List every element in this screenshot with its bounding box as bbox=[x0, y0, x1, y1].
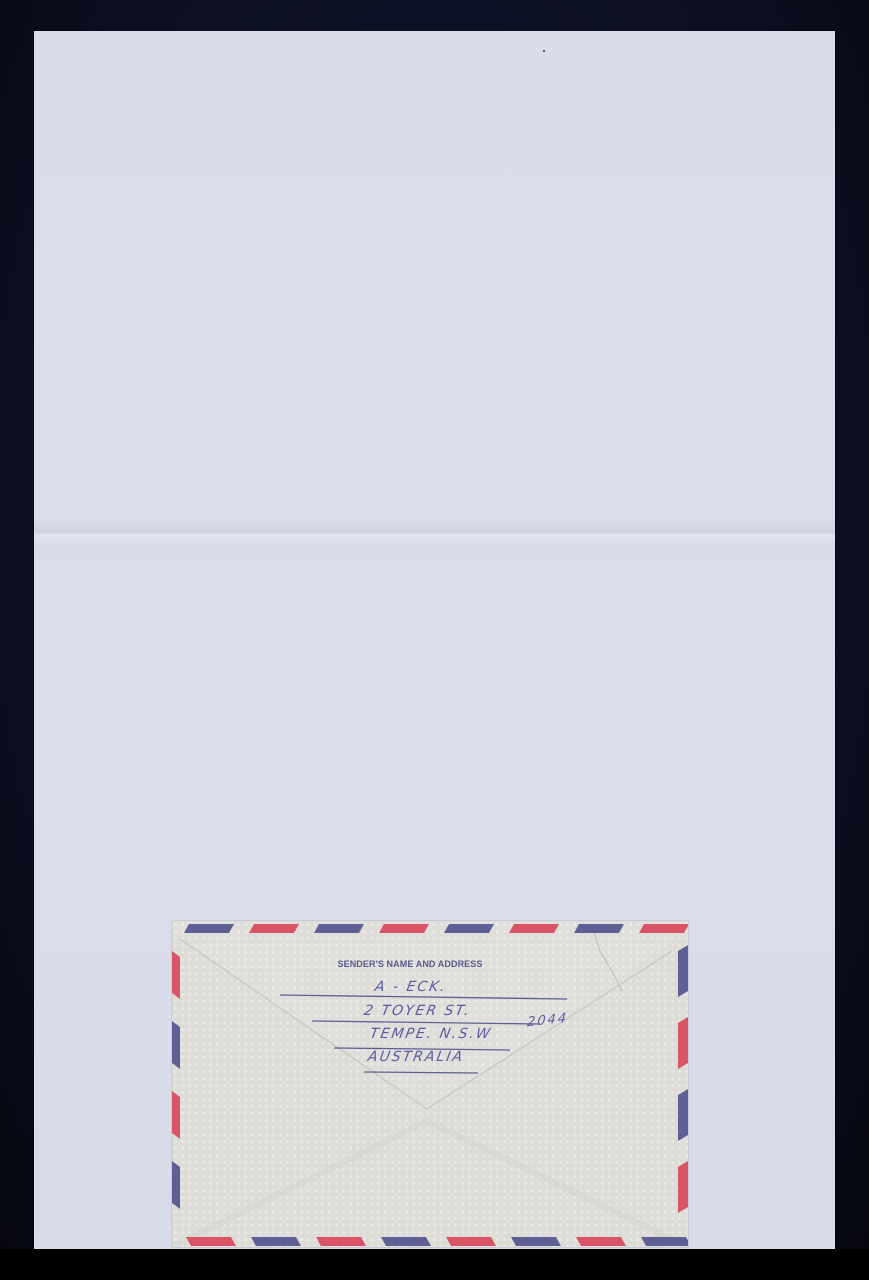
envelope-graphics bbox=[172, 921, 688, 1247]
sender-name: A - ECK. bbox=[374, 979, 449, 995]
sender-country: AUSTRALIA bbox=[367, 1049, 466, 1065]
dust-speck bbox=[543, 50, 545, 52]
sender-address-label: SENDER'S NAME AND ADDRESS bbox=[172, 959, 688, 969]
airmail-stripes-right bbox=[678, 945, 688, 1213]
airmail-envelope: SENDER'S NAME AND ADDRESS A - ECK. 2 TOY… bbox=[172, 921, 688, 1247]
airmail-stripes-bottom bbox=[186, 1237, 688, 1246]
airmail-stripes-left bbox=[172, 951, 180, 1209]
scanner-background bbox=[0, 1249, 869, 1280]
sender-street: 2 TOYER ST. bbox=[363, 1003, 473, 1019]
page-fold-crease bbox=[34, 519, 835, 549]
sender-city: TEMPE. N.S.W bbox=[369, 1026, 494, 1042]
